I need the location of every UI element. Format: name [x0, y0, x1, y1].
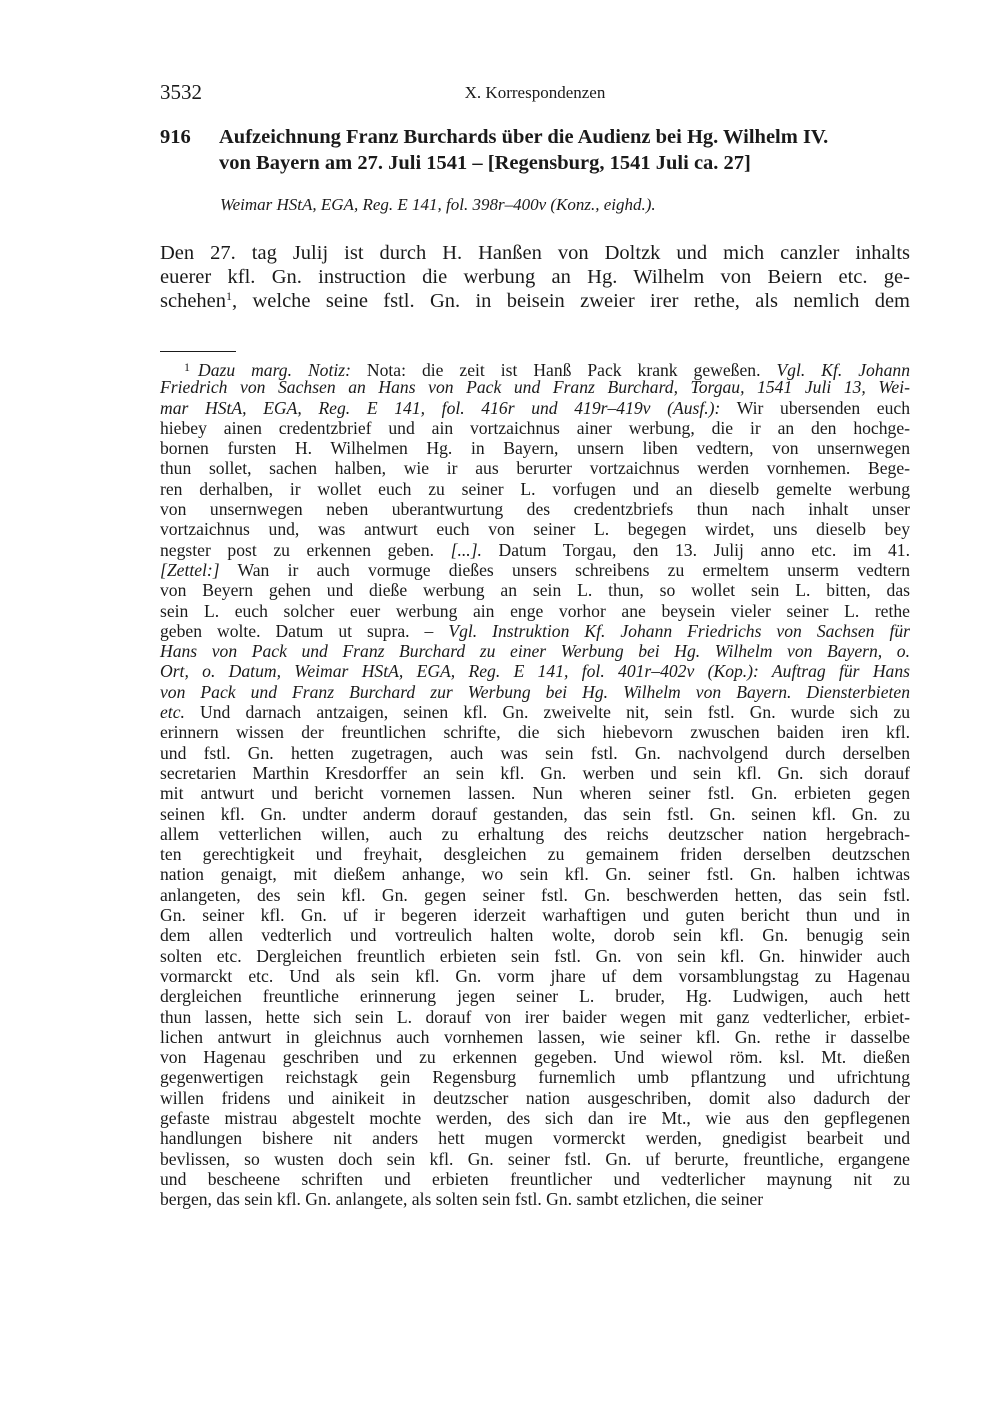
- text-fragment: thun sollet, sachen halben, wie ir aus b…: [160, 458, 910, 478]
- text-line: euerer kfl. Gn. instruction die werbung …: [160, 265, 910, 289]
- main-text: Den 27. tag Julij ist durch H. Hanßen vo…: [160, 241, 910, 313]
- document-number: 916: [160, 124, 191, 150]
- footnote-line: sein L. euch solcher euer werbung ain en…: [160, 601, 910, 621]
- text-fragment: Datum Torgau, den 13. Julij anno etc. im…: [482, 540, 910, 560]
- footnote-line: vormarckt etc. Und als sein kfl. Gn. vor…: [160, 966, 910, 986]
- footnote-line: Ort, o. Datum, Weimar HStA, EGA, Reg. E …: [160, 661, 910, 681]
- italic-fragment: [Zettel:]: [160, 560, 220, 580]
- footnote-line: geben wolte. Datum ut supra. – Vgl. Inst…: [160, 621, 910, 641]
- footnote-line: 1Dazu marg. Notiz: Nota: die zeit ist Ha…: [160, 357, 910, 377]
- footnote-line: [Zettel:] Wan ir auch vormuge dießes uns…: [160, 560, 910, 580]
- text-fragment: geben wolte. Datum ut supra. –: [160, 621, 448, 641]
- footnote-line: bergen, das sein kfl. Gn. anlangete, als…: [160, 1189, 910, 1209]
- text-fragment: gegenwertigen reichstagk gein Regensburg…: [160, 1067, 910, 1087]
- footnote-mark: 1: [184, 360, 190, 374]
- text-fragment: , welche seine fstl. Gn. in beisein zwei…: [232, 290, 910, 312]
- text-fragment: allem vetterlichen willen, auch zu erhal…: [160, 824, 910, 844]
- document-title: Aufzeichnung Franz Burchards über die Au…: [219, 124, 919, 176]
- footnote-line: bevlissen, so wusten doch sein kfl. Gn. …: [160, 1149, 910, 1169]
- footnote-line: handlungen bishere nit anders hett mugen…: [160, 1128, 910, 1148]
- footnote-divider: [160, 351, 236, 352]
- footnote-line: Gn. seiner kfl. Gn. uf ir begeren iderze…: [160, 905, 910, 925]
- italic-fragment: Vgl. Instruktion Kf. Johann Friedrichs v…: [448, 621, 910, 641]
- italic-fragment: etc.: [160, 702, 185, 722]
- footnote-line: und bescheene schriften und erbieten fre…: [160, 1169, 910, 1189]
- footnotes: 1Dazu marg. Notiz: Nota: die zeit ist Ha…: [160, 357, 910, 1209]
- text-fragment: erinnern wissen der freuntlichen schrift…: [160, 722, 910, 742]
- footnote-line: gegenwertigen reichstagk gein Regensburg…: [160, 1067, 910, 1087]
- footnote-line: nation genaigt, mit dießem anhange, wo s…: [160, 864, 910, 884]
- footnote-line: mit antwurt und bericht vornemen lassen.…: [160, 783, 910, 803]
- text-fragment: Gn. seiner kfl. Gn. uf ir begeren iderze…: [160, 905, 910, 925]
- footnote-line: solten etc. Dergleichen freuntlich erbie…: [160, 946, 910, 966]
- text-fragment: Wan ir auch vormuge dießes unsers schrei…: [220, 560, 910, 580]
- italic-fragment: mar HStA, EGA, Reg. E 141, fol. 416r und…: [160, 398, 720, 418]
- footnote-line: negster post zu erkennen geben. [...]. D…: [160, 540, 910, 560]
- footnote-line: Friedrich von Sachsen an Hans von Pack u…: [160, 377, 910, 397]
- footnote-line: ren derhalben, ir wollet euch zu seiner …: [160, 479, 910, 499]
- text-fragment: solten etc. Dergleichen freuntlich erbie…: [160, 946, 910, 966]
- footnote-line: mar HStA, EGA, Reg. E 141, fol. 416r und…: [160, 398, 910, 418]
- text-fragment: lichen antwurt in gleichnus auch vornhem…: [160, 1027, 910, 1047]
- footnote-line: willen fridens und ainikeit in deutzsche…: [160, 1088, 910, 1108]
- footnote-line: Hans von Pack und Franz Burchard zu eine…: [160, 641, 910, 661]
- footnote-line: lichen antwurt in gleichnus auch vornhem…: [160, 1027, 910, 1047]
- italic-fragment: Hans von Pack und Franz Burchard zu eine…: [160, 641, 910, 661]
- text-fragment: Und darnach antzaigen, seinen kfl. Gn. z…: [185, 702, 910, 722]
- document-title-line: von Bayern am 27. Juli 1541 – [Regensbur…: [219, 150, 919, 176]
- footnote-line: allem vetterlichen willen, auch zu erhal…: [160, 824, 910, 844]
- text-fragment: seinen kfl. Gn. undter anderm dorauf ges…: [160, 804, 910, 824]
- footnote-line: dem allen vedterlich und vortreulich hal…: [160, 925, 910, 945]
- footnote-line: erinnern wissen der freuntlichen schrift…: [160, 722, 910, 742]
- text-fragment: thun lassen, hette sich sein L. dorauf v…: [160, 1007, 910, 1027]
- text-fragment: ten gerechtigkeit und freyhait, desgleic…: [160, 844, 910, 864]
- text-fragment: bornen fursten H. Wilhelmen Hg. in Bayer…: [160, 438, 910, 458]
- text-fragment: ren derhalben, ir wollet euch zu seiner …: [160, 479, 910, 499]
- footnote-line: ten gerechtigkeit und freyhait, desgleic…: [160, 844, 910, 864]
- text-fragment: von unsernwegen neben uberantwurtung des…: [160, 499, 910, 519]
- document-title-line: Aufzeichnung Franz Burchards über die Au…: [219, 124, 919, 150]
- text-fragment: sein L. euch solcher euer werbung ain en…: [160, 601, 910, 621]
- text-fragment: secretarien Marthin Kresdorffer an sein …: [160, 763, 910, 783]
- text-fragment: schehen: [160, 290, 226, 312]
- running-head: 3532 X. Korrespondenzen: [160, 80, 910, 106]
- text-line: schehen1, welche seine fstl. Gn. in beis…: [160, 289, 910, 313]
- text-fragment: von Beyern gehen und dieße werbung an se…: [160, 580, 910, 600]
- text-line: Den 27. tag Julij ist durch H. Hanßen vo…: [160, 241, 910, 265]
- text-fragment: bergen, das sein kfl. Gn. anlangete, als…: [160, 1189, 763, 1209]
- footnote-line: etc. Und darnach antzaigen, seinen kfl. …: [160, 702, 910, 722]
- text-fragment: und bescheene schriften und erbieten fre…: [160, 1169, 910, 1189]
- footnote-line: hiebey ainen credentzbrief und ain vortz…: [160, 418, 910, 438]
- footnote-line: gefaste mistrau abgestelt mochte werden,…: [160, 1108, 910, 1128]
- footnote-line: von unsernwegen neben uberantwurtung des…: [160, 499, 910, 519]
- footnote-line: vortzaichnus und, was antwurt euch von s…: [160, 519, 910, 539]
- archival-source: Weimar HStA, EGA, Reg. E 141, fol. 398r–…: [220, 195, 656, 215]
- text-fragment: willen fridens und ainikeit in deutzsche…: [160, 1088, 910, 1108]
- footnote-line: bornen fursten H. Wilhelmen Hg. in Bayer…: [160, 438, 910, 458]
- running-title: X. Korrespondenzen: [160, 83, 910, 103]
- text-fragment: handlungen bishere nit anders hett mugen…: [160, 1128, 910, 1148]
- text-fragment: gefaste mistrau abgestelt mochte werden,…: [160, 1108, 910, 1128]
- italic-fragment: Friedrich von Sachsen an Hans von Pack u…: [160, 377, 910, 397]
- text-fragment: bevlissen, so wusten doch sein kfl. Gn. …: [160, 1149, 910, 1169]
- text-fragment: dergleichen freuntliche erinnerung jegen…: [160, 986, 910, 1006]
- footnote-line: thun sollet, sachen halben, wie ir aus b…: [160, 458, 910, 478]
- footnote-line: anlangeten, des sein kfl. Gn. gegen sein…: [160, 885, 910, 905]
- text-fragment: und fstl. Gn. hetten zugetragen, auch wa…: [160, 743, 910, 763]
- footnote-line: von Beyern gehen und dieße werbung an se…: [160, 580, 910, 600]
- text-fragment: vormarckt etc. Und als sein kfl. Gn. vor…: [160, 966, 910, 986]
- text-fragment: negster post zu erkennen geben.: [160, 540, 451, 560]
- text-fragment: Wir ubersenden euch: [720, 398, 910, 418]
- footnote-line: und fstl. Gn. hetten zugetragen, auch wa…: [160, 743, 910, 763]
- text-fragment: hiebey ainen credentzbrief und ain vortz…: [160, 418, 910, 438]
- text-fragment: von Hagenau geschriben und zu erkennen g…: [160, 1047, 910, 1067]
- text-fragment: nation genaigt, mit dießem anhange, wo s…: [160, 864, 910, 884]
- text-fragment: mit antwurt und bericht vornemen lassen.…: [160, 783, 910, 803]
- text-fragment: anlangeten, des sein kfl. Gn. gegen sein…: [160, 885, 910, 905]
- footnote-line: seinen kfl. Gn. undter anderm dorauf ges…: [160, 804, 910, 824]
- footnote-line: thun lassen, hette sich sein L. dorauf v…: [160, 1007, 910, 1027]
- footnote-line: dergleichen freuntliche erinnerung jegen…: [160, 986, 910, 1006]
- italic-fragment: [...].: [451, 540, 482, 560]
- footnote-line: von Pack und Franz Burchard zur Werbung …: [160, 682, 910, 702]
- italic-fragment: von Pack und Franz Burchard zur Werbung …: [160, 682, 910, 702]
- text-fragment: dem allen vedterlich und vortreulich hal…: [160, 925, 910, 945]
- footnote-line: von Hagenau geschriben und zu erkennen g…: [160, 1047, 910, 1067]
- text-fragment: vortzaichnus und, was antwurt euch von s…: [160, 519, 910, 539]
- footnote-line: secretarien Marthin Kresdorffer an sein …: [160, 763, 910, 783]
- italic-fragment: Ort, o. Datum, Weimar HStA, EGA, Reg. E …: [160, 661, 910, 681]
